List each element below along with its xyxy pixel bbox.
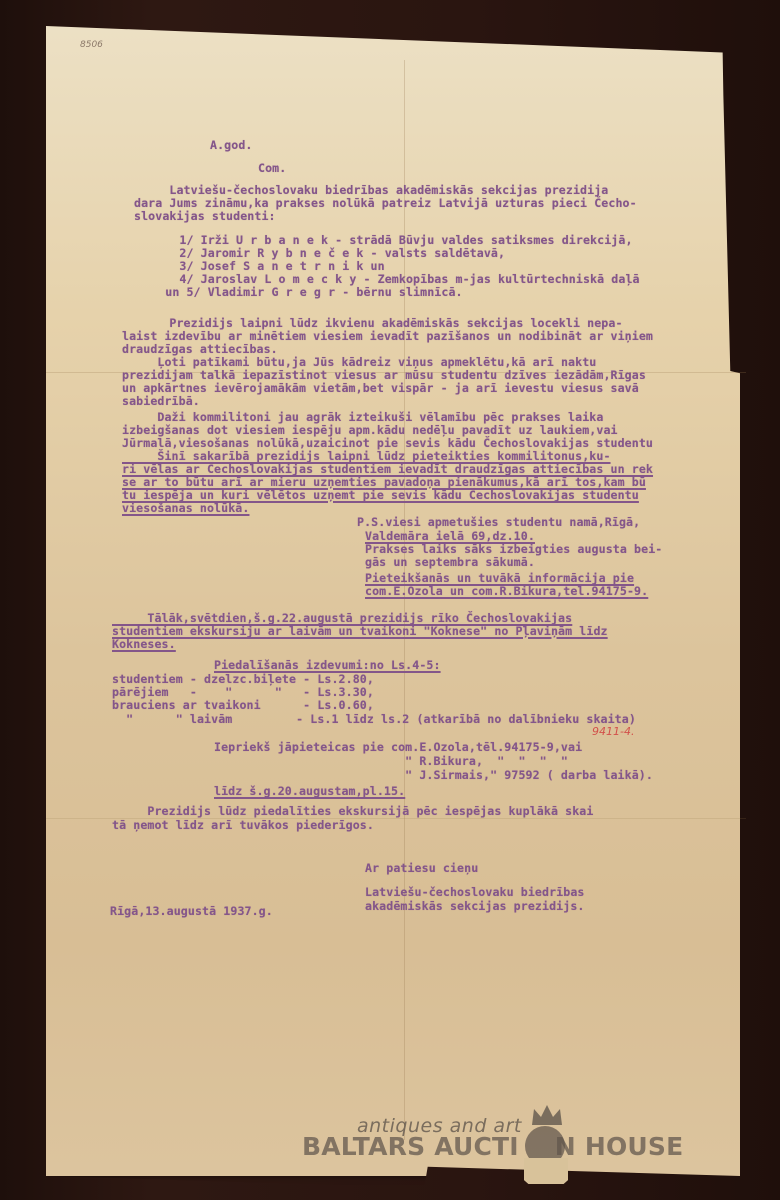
presidium-line: laist izdevību ar minētiem viesiem ievad…: [122, 330, 653, 342]
colleagues-line: izbeigšanas dot viesiem iespēju apm.kādu…: [122, 424, 618, 436]
pleasant-line: sabiedrībā.: [122, 395, 200, 407]
signature-line: akadēmiskās sekcijas prezidijs.: [365, 900, 584, 912]
closing: Ar patiesu cieņu: [365, 862, 478, 874]
intro-line: Latviešu-čechoslovaku biedrības akadēmis…: [134, 184, 608, 196]
registration-line: " R.Bikura, " " " ": [214, 755, 568, 767]
watermark-brand-left: BALTARS AUCTI: [302, 1132, 519, 1161]
colleagues-line: Daži kommilitoni jau agrāk izteikuši vēl…: [122, 411, 603, 423]
postscript-line: Valdemāra ielā 69,dz.10.: [365, 530, 535, 542]
excursion-line: Tālāk,svētdien,š.g.22.augustā prezidijs …: [112, 612, 572, 624]
cost-row: pārējiem - " " - Ls.3.30,: [112, 686, 374, 698]
signature-line: Latviešu-čechoslovaku biedrības: [365, 886, 584, 898]
invitation-line: tā ņemot līdz arī tuvākos piederīgos.: [112, 819, 374, 831]
intro-line: dara Jums zināmu,ka prakses nolūkā patre…: [134, 197, 637, 209]
postscript-line: Prakses laiks sāks izbeigties augusta be…: [365, 543, 662, 555]
archive-number: 8506: [80, 40, 103, 50]
student-line: 4/ Jaroslav L o m e c k y - Zemkopības m…: [144, 273, 640, 285]
salutation: A.god.: [210, 139, 252, 151]
student-line: un 5/ Vladimir G r e g r - bērnu slimnīc…: [144, 286, 463, 298]
postscript-line: Pieteikšanās un tuvākā informācija pie: [365, 572, 634, 584]
student-line: 3/ Josef S a n e t r n i k un: [144, 260, 385, 272]
costs-heading: Piedalīšanās izdevumi:no Ls.4-5:: [214, 659, 441, 671]
pleasant-line: un apkārtnes ievērojamākām vietām,bet vi…: [122, 382, 639, 394]
handwritten-note: 9411-4.: [592, 725, 634, 738]
fold-crease-vertical: [404, 60, 405, 1140]
colleagues-line: tu iespēja un kuri vēlētos uzņemt pie se…: [122, 489, 639, 501]
postscript-line: com.E.Ozola un com.R.Bikura,tel.94175-9.: [365, 585, 648, 597]
colleagues-line: ri vēlas ar Čechoslovakijas studentiem i…: [122, 463, 653, 475]
student-line: 1/ Irži U r b a n e k - strādā Būvju val…: [144, 234, 633, 246]
excursion-line: Kokneses.: [112, 638, 176, 650]
registration-line: Iepriekš jāpieteicas pie com.E.Ozola,tēl…: [214, 741, 582, 753]
pleasant-line: prezidijam talkā iepazīstinot viesus ar …: [122, 369, 646, 381]
excursion-line: studentiem ekskursiju ar laivām un tvaik…: [112, 625, 608, 637]
colleagues-line: se ar to būtu arī ar mieru uzņemties pav…: [122, 476, 646, 488]
watermark-brand: BALTARS AUCTIN HOUSE: [302, 1132, 683, 1161]
place-date: Rīgā,13.augustā 1937.g.: [110, 905, 273, 917]
invitation-line: Prezidijs lūdz piedalīties ekskursijā pē…: [112, 805, 593, 817]
postscript-line: gās un septembra sākumā.: [365, 556, 535, 568]
crown-icon: [530, 1103, 564, 1127]
student-line: 2/ Jaromir R y b n e č e k - valsts sald…: [144, 247, 505, 259]
watermark-brand-right: N HOUSE: [555, 1132, 684, 1161]
cost-row: brauciens ar tvaikoni - Ls.0.60,: [112, 699, 374, 711]
colleagues-line: Šinī sakarībā prezidijs laipni lūdz piet…: [122, 450, 611, 462]
cost-row: studentiem - dzelzc.biļete - Ls.2.80,: [112, 673, 374, 685]
salutation-comrade: Com.: [258, 162, 286, 174]
presidium-line: draudzīgas attiecības.: [122, 343, 278, 355]
postscript-line: P.S.viesi apmetušies studentu namā,Rīgā,: [357, 516, 640, 528]
paper-tab: [524, 1158, 568, 1184]
registration-line: " J.Sirmais," 97592 ( darba laikā).: [214, 769, 653, 781]
registration-deadline: līdz š.g.20.augustam,pl.15.: [214, 785, 405, 797]
colleagues-line: viesošanas nolūkā.: [122, 502, 249, 514]
colleagues-line: Jūrmalā,viesošanas nolūkā,uzaicinot pie …: [122, 437, 653, 449]
presidium-line: Prezidijs laipni lūdz ikvienu akadēmiskā…: [134, 317, 623, 329]
intro-line: slovakijas studenti:: [134, 210, 276, 222]
cost-row: " " laivām - Ls.1 līdz ls.2 (atkarībā no…: [112, 713, 636, 725]
pleasant-line: Ļoti patīkami būtu,ja Jūs kādreiz viņus …: [122, 356, 596, 368]
